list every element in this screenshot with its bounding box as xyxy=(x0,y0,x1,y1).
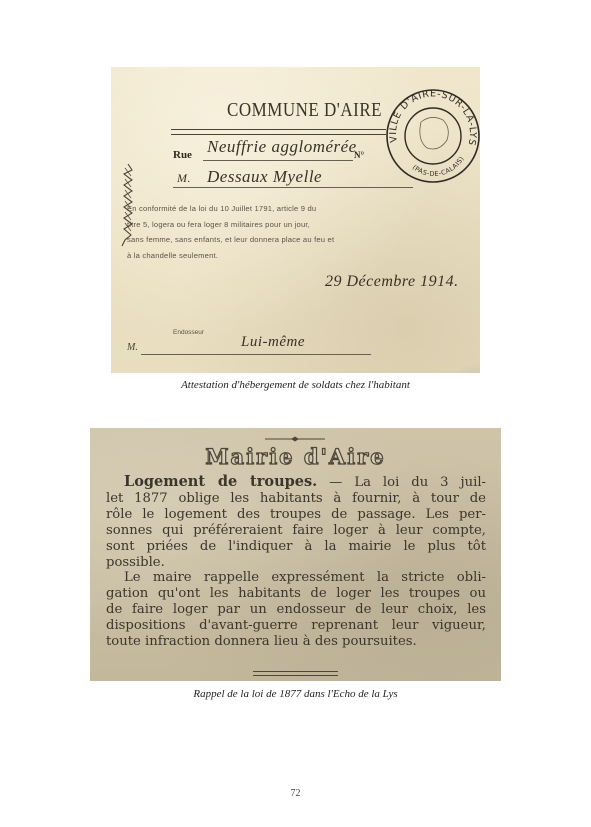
faded-ink-stamp xyxy=(441,362,480,373)
endosseur-prefix: M. xyxy=(127,342,138,353)
article-line: let 1877 oblige les habitants à fournir,… xyxy=(106,491,486,507)
article-line: toute infraction donnera lieu à des pour… xyxy=(106,634,486,650)
header-double-rule xyxy=(171,129,386,135)
printed-line: sans femme, sans enfants, et leur donner… xyxy=(127,232,427,248)
article-line: sont priées de l'indiquer à la mairie le… xyxy=(106,539,486,555)
town-hall-stamp-icon: VILLE D'AIRE-SUR-LA-LYS (PAS-DE-CALAIS) xyxy=(383,84,480,184)
top-ornament-icon xyxy=(265,436,325,442)
article-line: dispositions d'avant-guerre reprenant le… xyxy=(106,618,486,634)
printed-line: En conformité de la loi du 10 Juillet 17… xyxy=(127,201,427,217)
rue-handwritten-value: Neuffrie agglomérée xyxy=(207,137,357,157)
bottom-ornament-rule xyxy=(253,671,338,676)
printed-line: à la chandelle seulement. xyxy=(127,248,427,264)
rue-fill-line xyxy=(203,160,353,161)
document-header-title: COMMUNE D'AIRE xyxy=(227,99,382,122)
article-line: rôle le logement des troupes de passage.… xyxy=(106,507,486,523)
handwritten-date: 29 Décembre 1914. xyxy=(325,273,459,291)
article-line: possible. xyxy=(106,555,486,571)
endosseur-label: Endosseur xyxy=(173,329,204,336)
newspaper-clipping-image: Mairie d'Aire Logement de troupes. — La … xyxy=(90,428,501,681)
resident-handwritten-name: Dessaux Myelle xyxy=(207,167,322,187)
billet-de-logement-image: COMMUNE D'AIRE Rue Neuffrie agglomérée N… xyxy=(111,67,480,373)
marginal-signature-icon xyxy=(119,162,137,247)
article-line: gation qu'ont les habitants de loger les… xyxy=(106,586,486,602)
rue-label: Rue xyxy=(173,149,192,161)
printed-line: titre 5, logera ou fera loger 8 militair… xyxy=(127,217,427,233)
endosseur-fill-line xyxy=(141,354,371,355)
newspaper-article: Logement de troupes. — La loi du 3 juil-… xyxy=(106,474,486,650)
article-line: Le maire rappelle expressément la strict… xyxy=(106,570,486,586)
numero-label: N° xyxy=(354,150,364,160)
article-line: de faire loger par un endosseur de leur … xyxy=(106,602,486,618)
article-line: — La loi du 3 juil- xyxy=(317,475,486,490)
page-number: 72 xyxy=(0,788,591,799)
article-line: sonnes qui préféreraient faire loger à l… xyxy=(106,523,486,539)
newspaper-masthead: Mairie d'Aire xyxy=(90,444,501,469)
printed-requisition-text: En conformité de la loi du 10 Juillet 17… xyxy=(127,201,427,263)
endosseur-handwritten-value: Lui-même xyxy=(241,334,305,351)
resident-prefix: M. xyxy=(177,171,191,186)
resident-fill-line xyxy=(173,187,413,188)
figure-caption-1: Attestation d'hébergement de soldats che… xyxy=(0,379,591,391)
figure-caption-2: Rappel de la loi de 1877 dans l'Echo de … xyxy=(0,688,591,700)
article-lead: Logement de troupes. xyxy=(124,473,317,490)
